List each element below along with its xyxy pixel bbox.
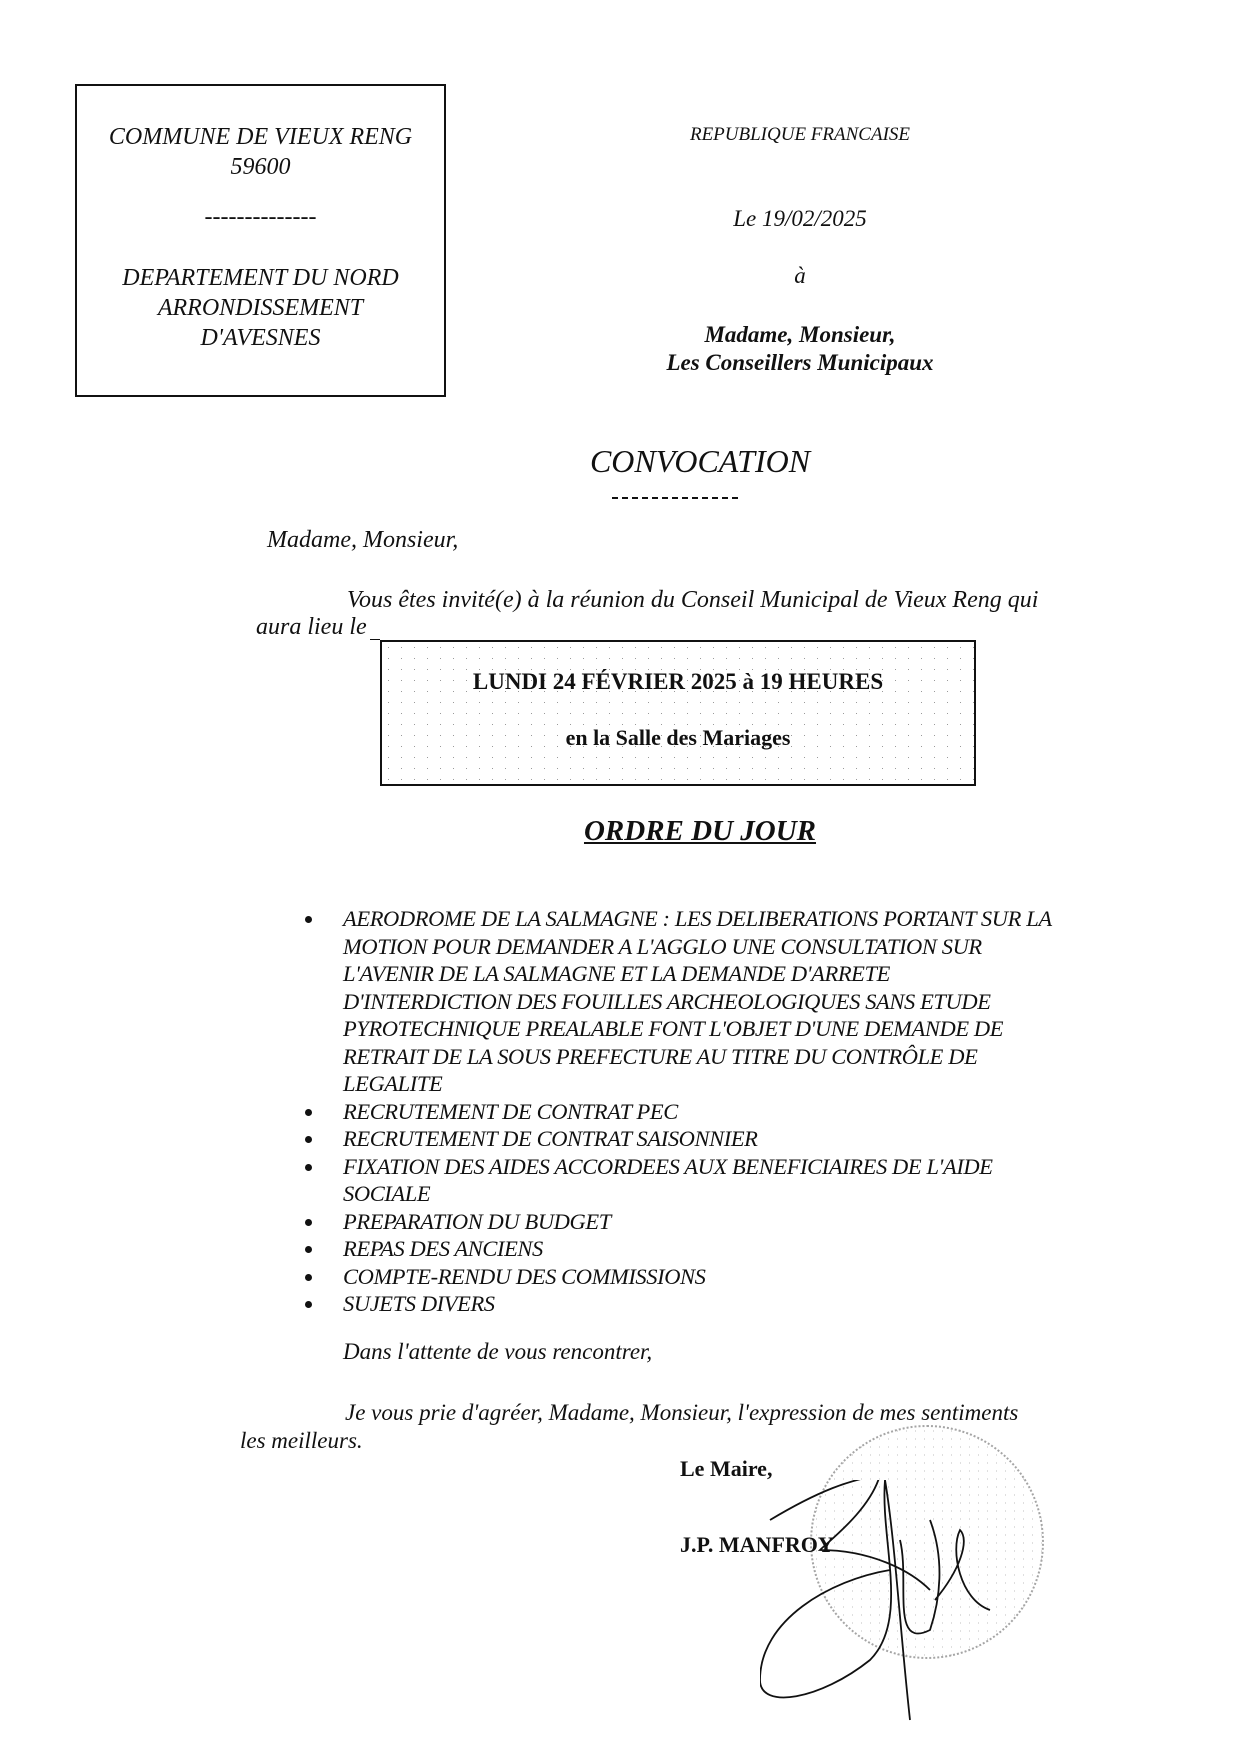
bullet-icon <box>305 1219 312 1226</box>
signatory-name: J.P. MANFROY <box>680 1532 834 1558</box>
agenda-item-line: MOTION POUR DEMANDER A L'AGGLO UNE CONSU… <box>343 933 1100 961</box>
agenda-item-line: SOCIALE <box>343 1180 1100 1208</box>
intro-line-2: aura lieu le <box>256 612 367 642</box>
meeting-location: en la Salle des Mariages <box>382 725 974 751</box>
postal-code: 59600 <box>77 152 444 182</box>
intro-line-1: Vous êtes invité(e) à la réunion du Cons… <box>347 585 1087 615</box>
agenda-item-line: AERODROME DE LA SALMAGNE : LES DELIBERAT… <box>343 905 1100 933</box>
recipient-line-2: Les Conseillers Municipaux <box>600 350 1000 376</box>
letter-date: Le 19/02/2025 <box>600 206 1000 232</box>
agenda-item: RECRUTEMENT DE CONTRAT SAISONNIER <box>300 1125 1100 1153</box>
agenda-item-line: SUJETS DIVERS <box>343 1290 1100 1318</box>
salutation: Madame, Monsieur, <box>267 525 458 555</box>
arrondissement-label: ARRONDISSEMENT <box>77 293 444 323</box>
bullet-icon <box>305 1301 312 1308</box>
agenda-item-line: RETRAIT DE LA SOUS PREFECTURE AU TITRE D… <box>343 1043 1100 1071</box>
agenda-title: ORDRE DU JOUR <box>400 815 1000 848</box>
meeting-datetime: LUNDI 24 FÉVRIER 2025 à 19 HEURES <box>382 669 974 695</box>
agenda-item: SUJETS DIVERS <box>300 1290 1100 1318</box>
agenda-item-line: RECRUTEMENT DE CONTRAT SAISONNIER <box>343 1125 1100 1153</box>
title-separator <box>612 497 738 499</box>
closing-regards-line-1: Je vous prie d'agréer, Madame, Monsieur,… <box>345 1398 1018 1428</box>
agenda-item: FIXATION DES AIDES ACCORDEES AUX BENEFIC… <box>300 1153 1100 1208</box>
department: DEPARTEMENT DU NORD <box>77 263 444 293</box>
addressee-to: à <box>600 263 1000 289</box>
agenda-item-line: FIXATION DES AIDES ACCORDEES AUX BENEFIC… <box>343 1153 1100 1181</box>
agenda-item: RECRUTEMENT DE CONTRAT PEC <box>300 1098 1100 1126</box>
closing-waiting: Dans l'attente de vous rencontrer, <box>343 1337 652 1367</box>
bullet-icon <box>305 916 312 923</box>
signatory-title: Le Maire, <box>680 1456 772 1482</box>
agenda-item-line: COMPTE-RENDU DES COMMISSIONS <box>343 1263 1100 1291</box>
agenda-item-line: L'AVENIR DE LA SALMAGNE ET LA DEMANDE D'… <box>343 960 1100 988</box>
agenda-item-line: PYROTECHNIQUE PREALABLE FONT L'OBJET D'U… <box>343 1015 1100 1043</box>
recipient-line-1: Madame, Monsieur, <box>600 322 1000 348</box>
agenda-item: AERODROME DE LA SALMAGNE : LES DELIBERAT… <box>300 905 1100 1098</box>
document-title: CONVOCATION <box>400 443 1000 480</box>
arrondissement-name: D'AVESNES <box>77 323 444 353</box>
agenda-list: AERODROME DE LA SALMAGNE : LES DELIBERAT… <box>300 905 1100 1318</box>
intro-underline <box>370 639 380 640</box>
header-separator: -------------- <box>77 202 444 232</box>
agenda-item: REPAS DES ANCIENS <box>300 1235 1100 1263</box>
agenda-item: COMPTE-RENDU DES COMMISSIONS <box>300 1263 1100 1291</box>
agenda-item-line: LEGALITE <box>343 1070 1100 1098</box>
agenda-item-line: PREPARATION DU BUDGET <box>343 1208 1100 1236</box>
agenda-item-line: RECRUTEMENT DE CONTRAT PEC <box>343 1098 1100 1126</box>
republic-label: REPUBLIQUE FRANCAISE <box>600 124 1000 146</box>
mayor-signature <box>760 1480 1060 1750</box>
bullet-icon <box>305 1246 312 1253</box>
commune-name: COMMUNE DE VIEUX RENG <box>77 122 444 152</box>
agenda-item: PREPARATION DU BUDGET <box>300 1208 1100 1236</box>
meeting-details-box: LUNDI 24 FÉVRIER 2025 à 19 HEURES en la … <box>380 640 976 786</box>
closing-regards-line-2: les meilleurs. <box>240 1426 363 1456</box>
commune-header-box: COMMUNE DE VIEUX RENG 59600 ------------… <box>75 84 446 397</box>
bullet-icon <box>305 1274 312 1281</box>
agenda-item-line: D'INTERDICTION DES FOUILLES ARCHEOLOGIQU… <box>343 988 1100 1016</box>
bullet-icon <box>305 1164 312 1171</box>
agenda-item-line: REPAS DES ANCIENS <box>343 1235 1100 1263</box>
bullet-icon <box>305 1109 312 1116</box>
bullet-icon <box>305 1136 312 1143</box>
